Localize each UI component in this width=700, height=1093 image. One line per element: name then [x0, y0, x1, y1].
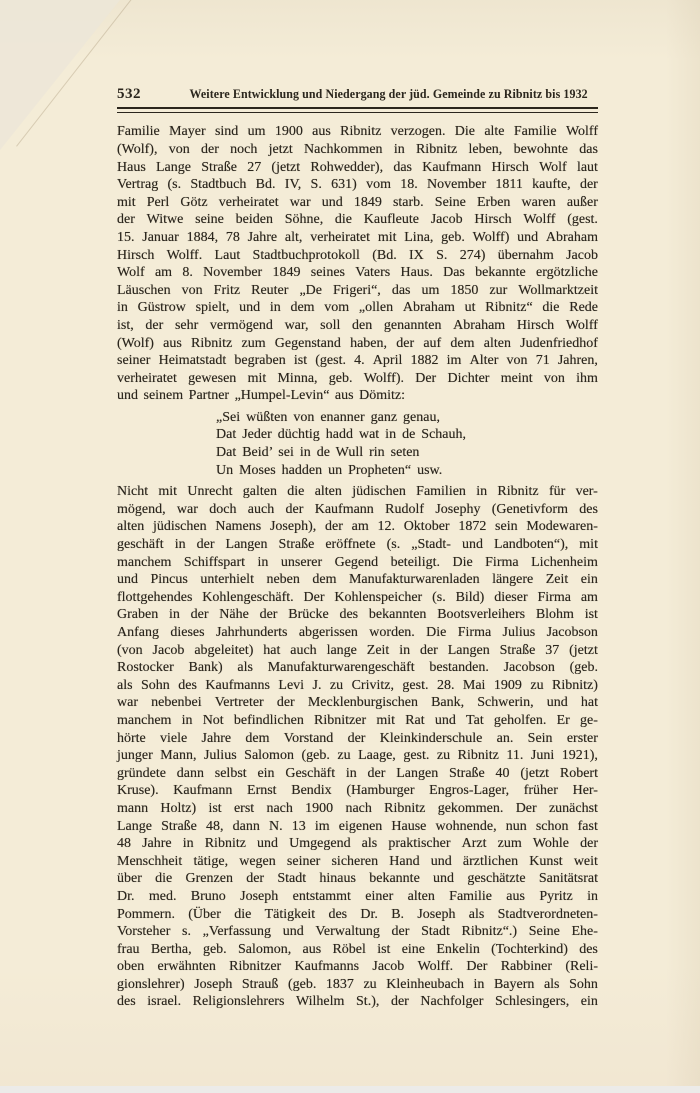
text-line: RostockerBank)alsManufakturwarengeschäft… [117, 659, 598, 677]
text-line: seinerHeimatstadtbegrabenist(gest.4.Apri… [117, 352, 598, 370]
text-line: (Wolf),vondernochjetztNachkommeninRibnit… [117, 141, 598, 159]
text-line: inGüstrowspielt,undindemvom„ollenAbraham… [117, 299, 598, 317]
text-line: AnfangdiesesJahrhundertsabgerissenworden… [117, 624, 598, 642]
page-content: 532 Weitere Entwicklung und Niedergang d… [117, 0, 598, 1011]
text-line: derWitweseinebeidenSöhne,dieKaufleuteJac… [117, 211, 598, 229]
text-line: ist,dersehrvermögendwar,solldengenannten… [117, 317, 598, 335]
header-double-rule [117, 107, 598, 113]
text-line: Kruse).KaufmannErnstBendix(HamburgerEngr… [117, 782, 598, 800]
text-line: FamilieMayersindum1900ausRibnitzverzogen… [117, 123, 598, 141]
text-line: 15.Januar1884,78Jahrealt,verheiratetmitL… [117, 229, 598, 247]
scanned-page: 532 Weitere Entwicklung und Niedergang d… [0, 0, 700, 1086]
text-line: HirschWolff.LautStadtbuchprotokoll(Bd.IX… [117, 247, 598, 265]
text-line: gionslehrer)JosephStrauß(geb.1837zuKlein… [117, 976, 598, 994]
running-header: 532 Weitere Entwicklung und Niedergang d… [117, 86, 598, 103]
text-line: flottgehendesKohlengeschäft.DerKohlenspe… [117, 589, 598, 607]
text-line: frauBertha,geb.Salomon,ausRöbelisteineEn… [117, 941, 598, 959]
text-line: alsSohndesKaufmannsLeviJ.zuCrivitz,gest.… [117, 677, 598, 695]
text-line: mancheminNotbefindlichenRibnitzermitRatu… [117, 712, 598, 730]
text-line: jungerMann,JuliusSalomon(geb.zuLaage,ges… [117, 747, 598, 765]
text-line: Un Moses hadden un Propheten“ usw. [117, 462, 598, 480]
text-line: HausLangeStraße27(jetztRohwedder),dasKau… [117, 159, 598, 177]
text-line: Dat Jeder düchtig hadd wat in de Schauh, [117, 426, 598, 444]
text-line: altenjüdischenNamensJoseph),deram12.Okto… [117, 518, 598, 536]
text-line: Wolfam8.November1849seinesVatersHaus.Das… [117, 264, 598, 282]
text-line: und seinem Partner „Humpel-Levin“ aus Dö… [117, 387, 598, 405]
text-line: Vorstehers.„VerfassungundVerwaltungderSt… [117, 923, 598, 941]
text-line: Pommern.(ÜberdieTätigkeitdesDr.B.Josepha… [117, 906, 598, 924]
text-line: mögend,wardochauchderKaufmannRudolfJosep… [117, 501, 598, 519]
text-line: LäuschenvonFritzReuter„DeFrigeri“,dasum1… [117, 282, 598, 300]
running-header-title: Weitere Entwicklung und Niedergang der j… [189, 87, 587, 102]
text-line: LangeStraße48,dannN.13imeigenenHausewohn… [117, 818, 598, 836]
text-line: GrabeninderNähederBrückedesbekanntenBoot… [117, 606, 598, 624]
text-line: warnebenbeiVertreterderMecklenburgischen… [117, 694, 598, 712]
text-line: undPincusunterhieltnebendemManufakturwar… [117, 571, 598, 589]
text-line: verheiratetgewesenmitMinna,geb.Wolff).De… [117, 370, 598, 388]
text-line: Menschheittätige,wegenseinersicherenHand… [117, 853, 598, 871]
text-line: mannHoltz)isterstnach1900nachRibnitzgeko… [117, 800, 598, 818]
text-line: hörtevieleJahredemVorstandderKleinkinder… [117, 730, 598, 748]
text-line: (vonJacobabgeleitet)hatauchlangeZeitinde… [117, 642, 598, 660]
text-line: mitPerlGötzverheiratetwarund1849starb.Se… [117, 194, 598, 212]
text-line: NichtmitUnrechtgaltendiealtenjüdischenFa… [117, 483, 598, 501]
page-body-text: FamilieMayersindum1900ausRibnitzverzogen… [117, 123, 598, 1011]
text-line: Vertrag(s.StadtbuchBd.IV,S.631)vom18.Nov… [117, 176, 598, 194]
text-line: manchemSchiffspartinunsererGegendbeteili… [117, 554, 598, 572]
text-line: gründetedannselbsteinGeschäftinderLangen… [117, 765, 598, 783]
page-number: 532 [117, 86, 179, 103]
text-line: desisrael.ReligionslehrersWilhelmSt.),de… [117, 993, 598, 1011]
page-corner-fold [0, 0, 120, 150]
text-line: obenerwähntenRibnitzerKaufmannsJacobWolf… [117, 958, 598, 976]
scan-edge-bottom [0, 1086, 700, 1093]
text-line: (Wolf)ausRibnitzzumGegenstandhaben,derau… [117, 335, 598, 353]
text-line: 48JahreinRibnitzundUmgegendalspraktische… [117, 835, 598, 853]
text-line: überdieGrenzenderStadthinausbekannteundg… [117, 870, 598, 888]
text-line: geschäftinderLangenStraßeeröffnete(s.„St… [117, 536, 598, 554]
text-line: Dr.med.BrunoJosephentstammteineraltenFam… [117, 888, 598, 906]
text-line: Dat Beid’ sei in de Wull rin seten [117, 444, 598, 462]
text-line: „Sei wüßten von enanner ganz genau, [117, 409, 598, 427]
